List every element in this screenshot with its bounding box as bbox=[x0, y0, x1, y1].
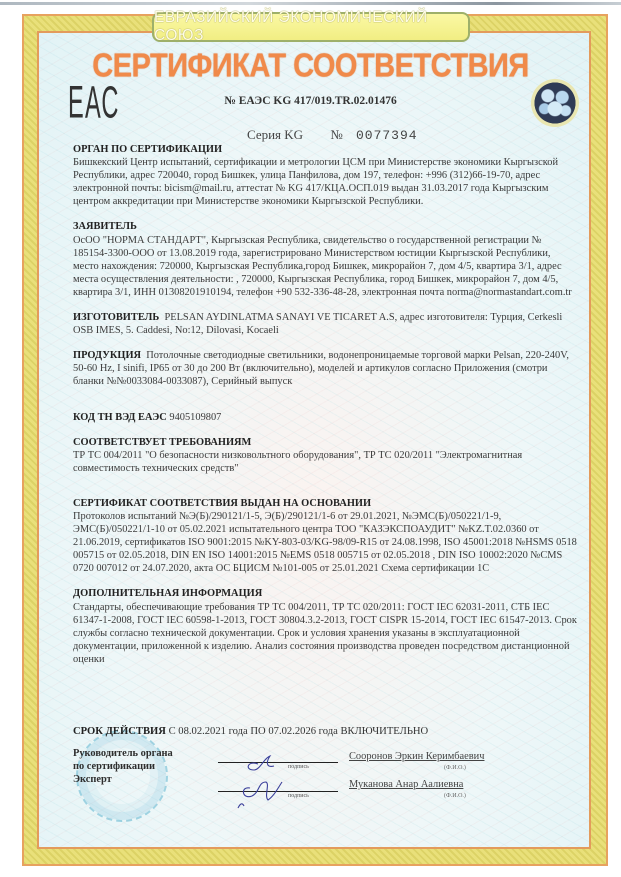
section-heading: ОРГАН ПО СЕРТИФИКАЦИИ bbox=[73, 143, 578, 156]
section-heading: ЗАЯВИТЕЛЬ bbox=[73, 220, 578, 233]
section-product: ПРОДУКЦИЯ Потолочные светодиодные светил… bbox=[73, 349, 578, 388]
section-applicant: ЗАЯВИТЕЛЬ ОсОО "НОРМА СТАНДАРТ", Кыргызс… bbox=[73, 220, 578, 299]
section-heading: СЕРТИФИКАТ СООТВЕТСТВИЯ ВЫДАН НА ОСНОВАН… bbox=[73, 497, 578, 510]
section-tn-ved-code: КОД ТН ВЭД ЕАЭС 9405109807 bbox=[73, 411, 578, 424]
section-requirements: СООТВЕТСТВУЕТ ТРЕБОВАНИЯМ ТР ТС 004/2011… bbox=[73, 436, 578, 475]
section-text: ОсОО "НОРМА СТАНДАРТ", Кыргызская Респуб… bbox=[73, 234, 578, 299]
head-name: Сооронов Эркин Керимбаевич bbox=[349, 751, 484, 762]
validity-heading: СРОК ДЕЙСТВИЯ bbox=[73, 726, 166, 737]
section-basis: СЕРТИФИКАТ СООТВЕТСТВИЯ ВЫДАН НА ОСНОВАН… bbox=[73, 497, 578, 576]
section-heading: КОД ТН ВЭД ЕАЭС bbox=[73, 412, 167, 423]
validity-dates: С 08.02.2021 года ПО 07.02.2026 года ВКЛ… bbox=[169, 726, 429, 737]
expert-label: Эксперт bbox=[73, 773, 173, 786]
section-manufacturer: ИЗГОТОВИТЕЛЬ PELSAN AYDINLATMA SANAYI VE… bbox=[73, 311, 578, 337]
section-text: ТР ТС 004/2011 "О безопасности низковоль… bbox=[73, 449, 578, 475]
section-text: 9405109807 bbox=[169, 412, 221, 423]
certificate-body: ОРГАН ПО СЕРТИФИКАЦИИ Бишкекский Центр и… bbox=[73, 143, 578, 666]
union-banner: ЕВРАЗИЙСКИЙ ЭКОНОМИЧЕСКИЙ СОЮЗ bbox=[152, 12, 470, 42]
section-heading: ДОПОЛНИТЕЛЬНАЯ ИНФОРМАЦИЯ bbox=[73, 587, 578, 600]
section-certification-body: ОРГАН ПО СЕРТИФИКАЦИИ Бишкекский Центр и… bbox=[73, 143, 578, 208]
blank-number: 0077394 bbox=[356, 128, 418, 143]
series-label: Серия KG bbox=[247, 127, 303, 142]
section-additional-info: ДОПОЛНИТЕЛЬНАЯ ИНФОРМАЦИЯ Стандарты, обе… bbox=[73, 587, 578, 666]
section-text: Потолочные светодиодные светильники, вод… bbox=[73, 350, 569, 387]
scan-edge bbox=[0, 2, 621, 5]
head-fio-caption: (Ф.И.О.) bbox=[444, 765, 466, 771]
section-text: Протоколов испытаний №Э(Б)/290121/1-5, Э… bbox=[73, 510, 578, 575]
head-label-line1: Руководитель органа bbox=[73, 747, 173, 760]
section-heading: ПРОДУКЦИЯ bbox=[73, 350, 141, 361]
handwritten-signature-icon bbox=[230, 752, 300, 812]
series-line: Серия KG № 0077394 bbox=[247, 127, 418, 143]
validity-period: СРОК ДЕЙСТВИЯ С 08.02.2021 года ПО 07.02… bbox=[73, 726, 428, 737]
signatory-labels: Руководитель органа по сертификации Эксп… bbox=[73, 747, 173, 786]
section-heading: ИЗГОТОВИТЕЛЬ bbox=[73, 312, 159, 323]
certificate-number: № ЕАЭС KG 417/019.TR.02.01476 bbox=[0, 95, 621, 107]
section-text: Стандарты, обеспечивающие требования ТР … bbox=[73, 601, 578, 666]
expert-name: Муканова Анар Аалиевна bbox=[349, 779, 463, 790]
section-text: Бишкекский Центр испытаний, сертификации… bbox=[73, 156, 578, 208]
number-label: № bbox=[330, 127, 342, 142]
union-banner-text: ЕВРАЗИЙСКИЙ ЭКОНОМИЧЕСКИЙ СОЮЗ bbox=[154, 9, 468, 45]
head-label-line2: по сертификации bbox=[73, 760, 173, 773]
section-heading: СООТВЕТСТВУЕТ ТРЕБОВАНИЯМ bbox=[73, 436, 578, 449]
expert-fio-caption: (Ф.И.О.) bbox=[444, 793, 466, 799]
